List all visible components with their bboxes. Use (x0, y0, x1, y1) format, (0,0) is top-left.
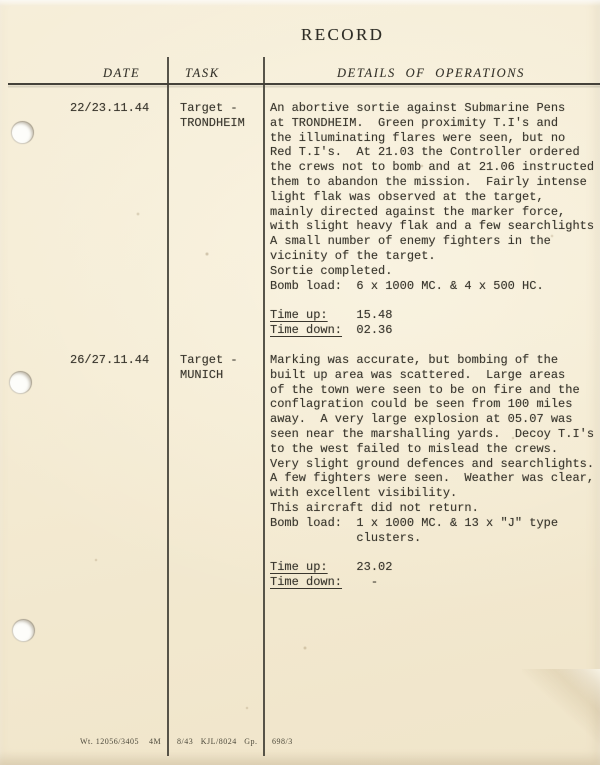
time-up-label: Time up: (270, 560, 328, 574)
column-divider-task-details (263, 57, 265, 756)
footer-print-code-left: Wt. 12056/3405 4M (80, 737, 161, 746)
time-down-label: Time down: (270, 323, 342, 337)
entry-date: 26/27.11.44 (70, 353, 149, 368)
column-header-details: DETAILS OF OPERATIONS (337, 66, 525, 81)
punch-hole (9, 371, 32, 394)
entry-time-block: Time up: 15.48 Time down: 02.36 (270, 308, 392, 338)
time-down-gap (342, 575, 371, 589)
entry-task: Target - MUNICH (180, 353, 238, 383)
entry-details: An abortive sortie against Submarine Pen… (270, 101, 594, 293)
footer-print-code-right: 698/3 (272, 737, 293, 746)
time-down-value: 02.36 (356, 323, 392, 337)
time-down-label: Time down: (270, 575, 342, 589)
column-header-task: TASK (185, 66, 220, 81)
corner-crease (522, 669, 600, 765)
time-up-gap (328, 308, 357, 322)
time-up-gap (328, 560, 357, 574)
punch-hole (11, 121, 34, 144)
entry-details: Marking was accurate, but bombing of the… (270, 353, 594, 545)
entry-time-block: Time up: 23.02 Time down: - (270, 560, 392, 590)
time-down-gap (342, 323, 356, 337)
record-page: RECORD DATE TASK DETAILS OF OPERATIONS 2… (0, 0, 600, 765)
header-rule (8, 83, 600, 85)
entry-date: 22/23.11.44 (70, 101, 149, 116)
page-title: RECORD (301, 25, 384, 45)
time-up-label: Time up: (270, 308, 328, 322)
time-down-value: - (371, 575, 378, 589)
time-up-value: 15.48 (356, 308, 392, 322)
time-up-value: 23.02 (356, 560, 392, 574)
column-divider-date-task (167, 57, 169, 756)
punch-hole (12, 619, 35, 642)
footer-print-code-middle: 8/43 KJL/8024 Gp. (177, 737, 258, 746)
column-header-date: DATE (103, 66, 140, 81)
entry-task: Target - TRONDHEIM (180, 101, 245, 131)
